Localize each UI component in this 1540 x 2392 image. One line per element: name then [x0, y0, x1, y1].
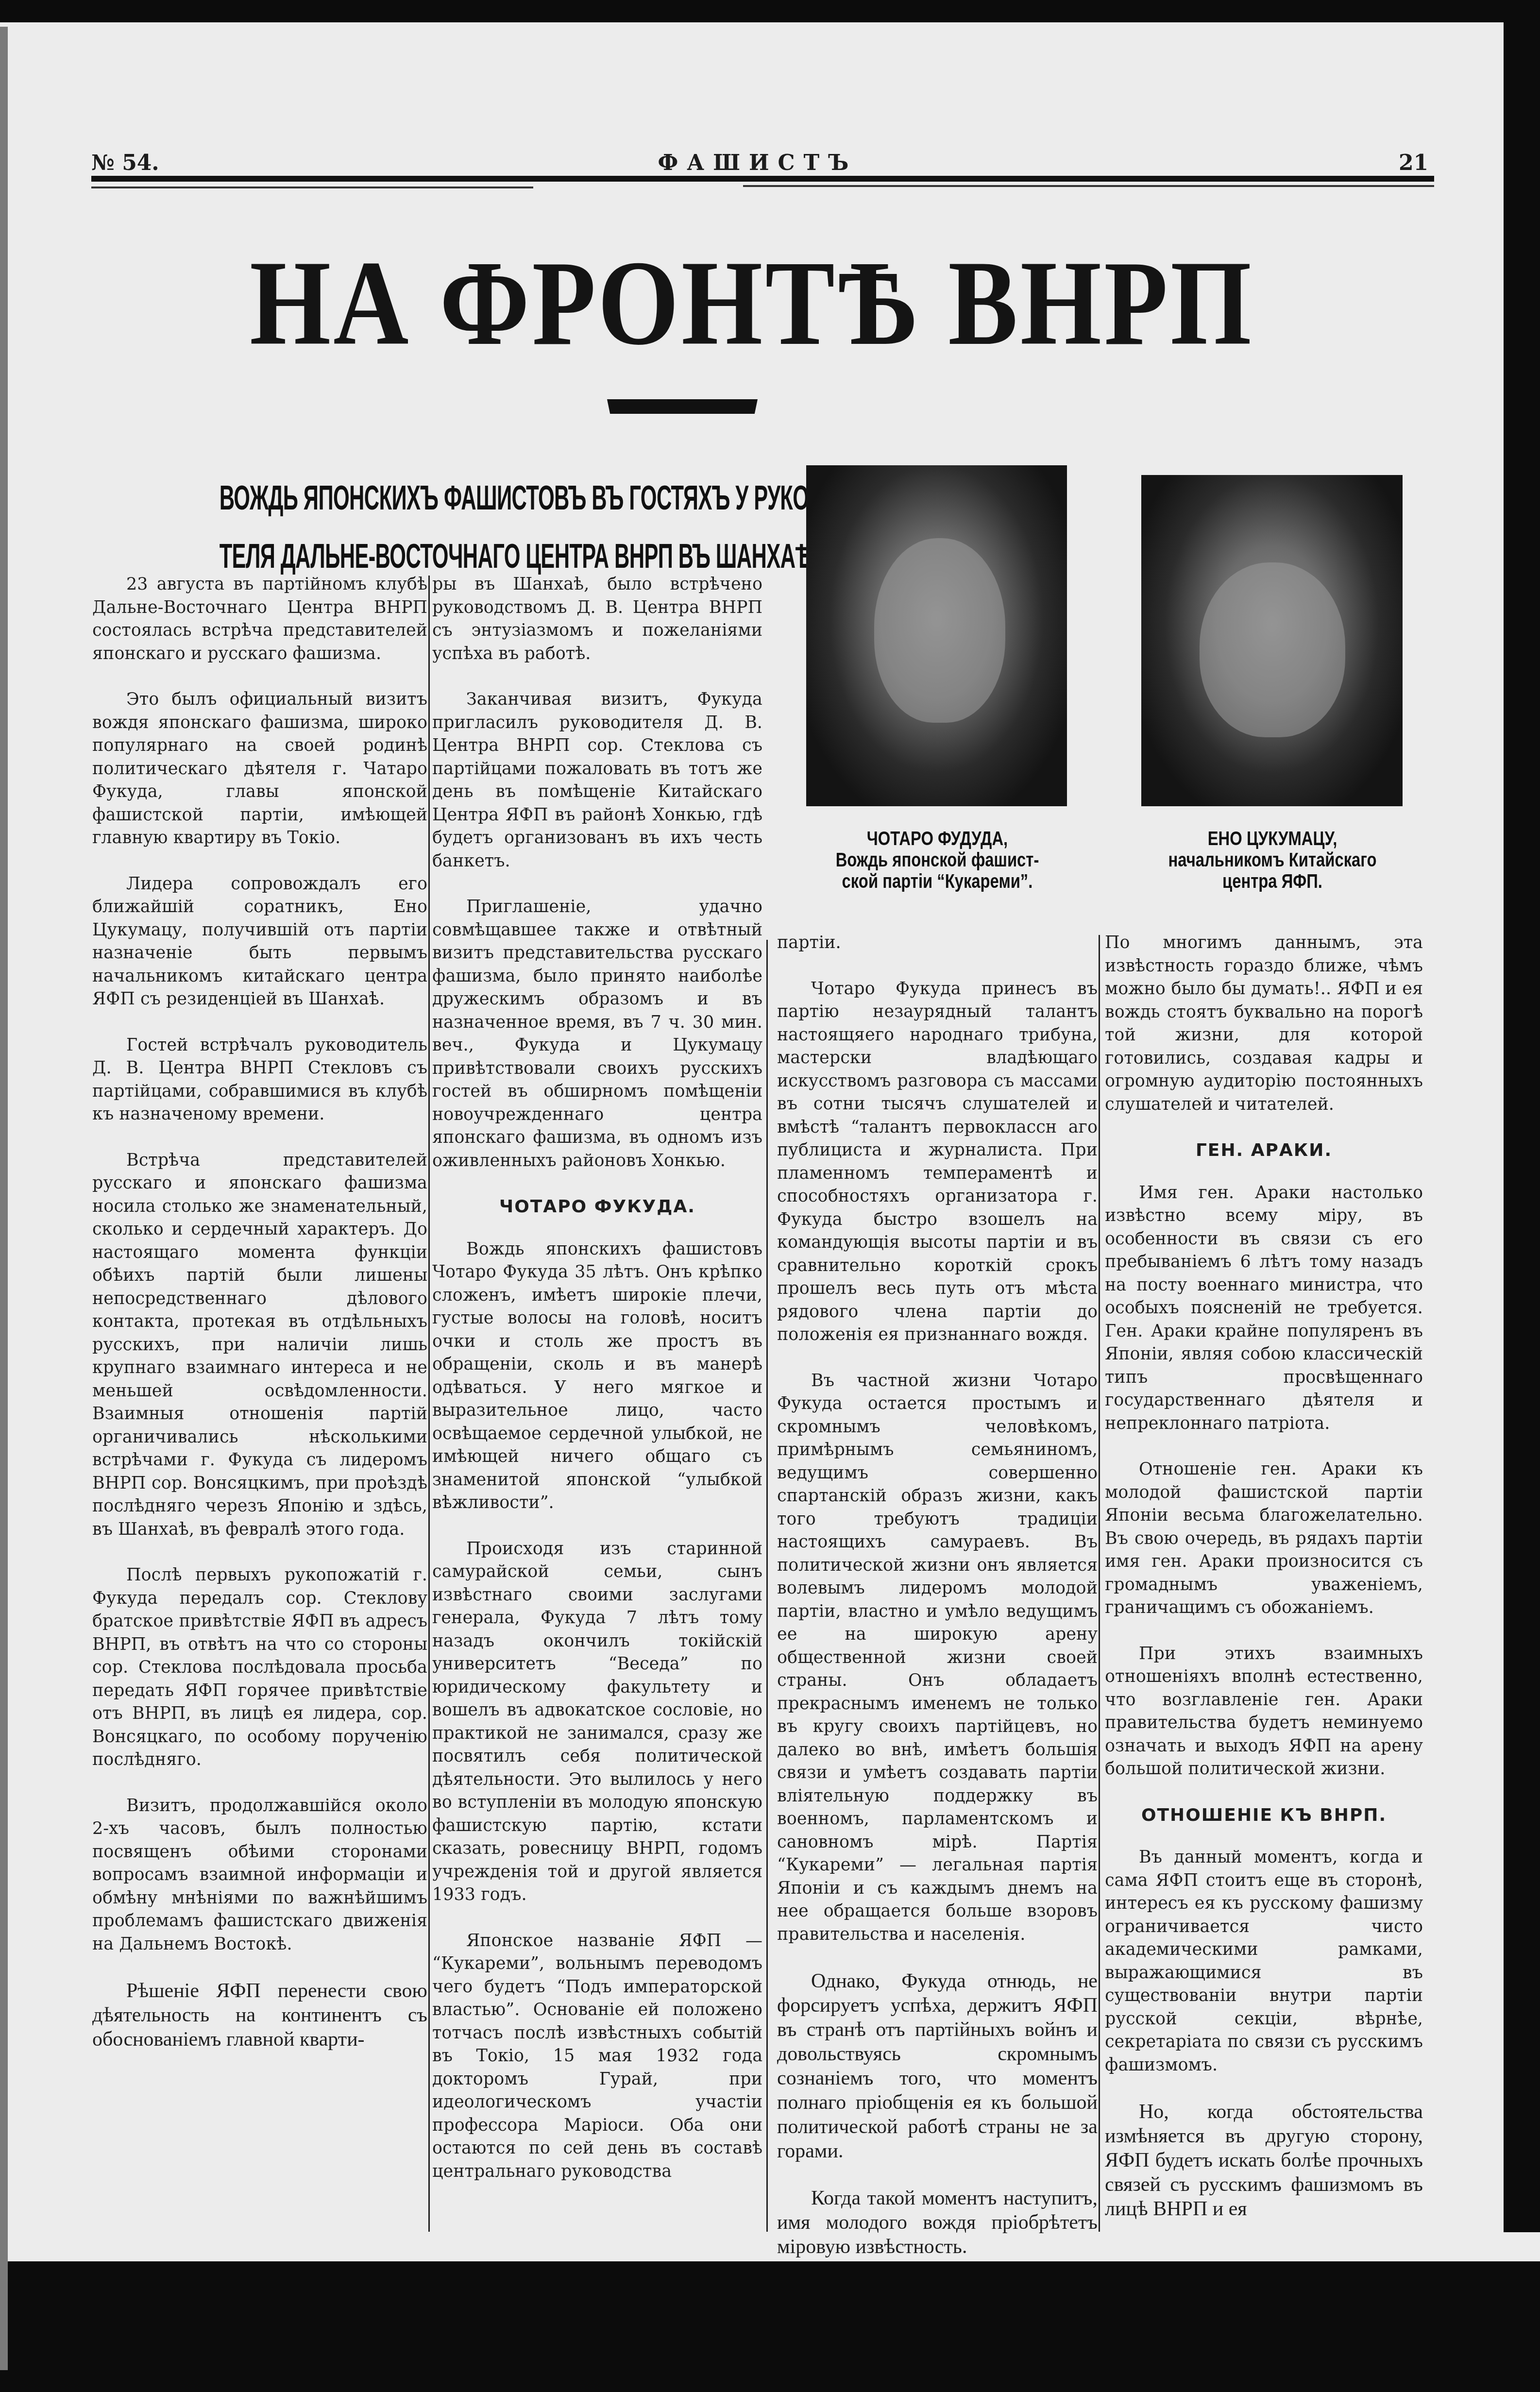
issue-number: № 54.: [91, 151, 159, 175]
photo-caption-fukuda: ЧОТАРО ФУДУДА, Вождь японской фашист- ск…: [798, 828, 1077, 892]
column-divider: [428, 576, 430, 2232]
scan-left-edge: [0, 27, 8, 2382]
paragraph: Чотаро Фукуда принесъ въ партію незауряд…: [777, 978, 1098, 1347]
paragraph: Когда такой моментъ наступитъ, имя молод…: [777, 2186, 1098, 2259]
caption-line: центра ЯФП.: [1133, 871, 1412, 892]
paragraph: Въ частной жизни Чотаро Фукуда остается …: [777, 1370, 1098, 1947]
paragraph: Вождь японскихъ фашистовъ Чотаро Фукуда …: [432, 1238, 762, 1515]
article-headline: ВОЖДЬ ЯПОНСКИХЪ ФАШИСТОВЪ ВЪ ГОСТЯХЪ У Р…: [220, 469, 650, 585]
paragraph: Имя ген. Араки настолько извѣстно всему …: [1105, 1182, 1423, 1436]
paragraph: ры въ Шанхаѣ, было встрѣчено руководство…: [432, 573, 762, 665]
caption-name: ЕНО ЦУКУМАЦУ,: [1133, 828, 1412, 849]
column-divider: [1099, 935, 1100, 2232]
paragraph: Отношеніе ген. Араки къ молодой фашистск…: [1105, 1458, 1423, 1620]
photo-caption-tsukumatsu: ЕНО ЦУКУМАЦУ, начальникомъ Китайскаго це…: [1133, 828, 1412, 892]
section-heading-fukuda: ЧОТАРО ФУКУДА.: [432, 1195, 762, 1219]
paragraph: Это былъ официальный визитъ вождя японск…: [92, 688, 427, 850]
title-underline: [607, 399, 758, 414]
paragraph: Рѣшеніе ЯФП перенести свою дѣятельность …: [92, 1979, 427, 2052]
headline-line-1: ВОЖДЬ ЯПОНСКИХЪ ФАШИСТОВЪ ВЪ ГОСТЯХЪ У Р…: [220, 469, 650, 527]
caption-name: ЧОТАРО ФУДУДА,: [798, 828, 1077, 849]
paragraph: Въ данный моментъ, когда и сама ЯФП стои…: [1105, 1846, 1423, 2077]
paragraph: Но, когда обстоятельства измѣняется въ д…: [1105, 2100, 1423, 2221]
caption-line: ской партіи “Кукареми”.: [798, 871, 1077, 892]
section-heading-relations-vnrp: ОТНОШЕНІЕ КЪ ВНРП.: [1105, 1804, 1423, 1827]
caption-line: Вождь японской фашист-: [798, 849, 1077, 871]
paragraph: Гостей встрѣчалъ руководитель Д. В. Цент…: [92, 1034, 427, 1126]
paragraph: Заканчивая визитъ, Фукуда пригласилъ рук…: [432, 688, 762, 873]
paragraph: Однако, Фукуда отнюдь, не форсируетъ усп…: [777, 1969, 1098, 2163]
paragraph: 23 августа въ партійномъ клубѣ Дальне-Во…: [92, 573, 427, 665]
portrait-photo-tsukumatsu: [1141, 475, 1403, 806]
scan-bottom-edge: [0, 2370, 1540, 2392]
paragraph: Японское названіе ЯФП — “Кукареми”, воль…: [432, 1930, 762, 2184]
face-shape: [1200, 562, 1345, 737]
paragraph: Происходя изъ старинной самурайской семь…: [432, 1538, 762, 1907]
paragraph: Визитъ, продолжавшійся около 2-хъ часовъ…: [92, 1795, 427, 1956]
paragraph: партіи.: [777, 932, 1098, 955]
header-rule-thin-left: [91, 187, 533, 188]
article-column-2: ры въ Шанхаѣ, было встрѣчено руководство…: [432, 573, 762, 2206]
header-rule-thin-right: [743, 185, 1434, 187]
face-shape: [874, 538, 1005, 723]
article-column-4: По многимъ даннымъ, эта извѣстность гора…: [1105, 932, 1423, 2244]
section-heading-araki: ГЕН. АРАКИ.: [1105, 1139, 1423, 1162]
page-title: НА ФРОНТѢ ВНРП: [105, 240, 1399, 367]
publication-name: ФАШИСТЪ: [631, 151, 884, 175]
header-rule-thick: [91, 176, 1434, 182]
paragraph: Приглашеніе, удачно совмѣщавшее также и …: [432, 896, 762, 1172]
paragraph: Лидера сопровождалъ его ближайшій соратн…: [92, 873, 427, 1011]
article-column-3: партіи. Чотаро Фукуда принесъ въ партію …: [777, 932, 1098, 2282]
page-number: 21: [1399, 151, 1428, 175]
column-divider: [766, 940, 768, 2232]
paragraph: При этихъ взаимныхъ отношеніяхъ вполнѣ е…: [1105, 1643, 1423, 1781]
article-column-1: 23 августа въ партійномъ клубѣ Дальне-Во…: [92, 573, 427, 2074]
paragraph: По многимъ даннымъ, эта извѣстность гора…: [1105, 932, 1423, 1116]
caption-line: начальникомъ Китайскаго: [1133, 849, 1412, 871]
paragraph: Встрѣча представителей русскаго и японск…: [92, 1149, 427, 1542]
portrait-photo-fukuda: [806, 465, 1067, 806]
paragraph: Послѣ первыхъ рукопожатій г. Фукуда пере…: [92, 1564, 427, 1772]
